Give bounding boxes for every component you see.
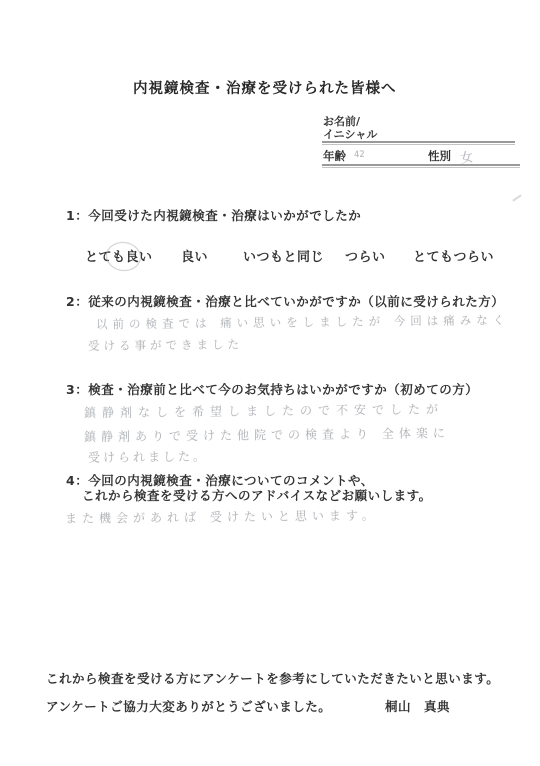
footer-note: これから検査を受ける方にアンケートを参考にしていただきたいと思います。 <box>46 669 499 687</box>
q4-handwritten-line-1: また機会があれば 受けたいと思います。 <box>65 506 379 526</box>
q3-handwritten-line-2: 鎮静剤ありで受けた他院での検査より 全体楽に <box>84 424 450 445</box>
age-gender-underline-shadow <box>322 167 520 168</box>
name-underline <box>322 141 515 143</box>
question-1-label: 1：今回受けた内視鏡検査・治療はいかがでしたか <box>66 206 361 224</box>
thanks-note: アンケートご協力大変ありがとうございました。 <box>46 697 331 715</box>
q1-option-good: 良い <box>181 246 208 265</box>
q1-option-hard: つらい <box>345 246 386 265</box>
page-title: 内視鏡検査・治療を受けられた皆様へ <box>133 77 397 98</box>
gender-label: 性別 <box>428 148 451 164</box>
age-gender-underline <box>322 164 520 166</box>
scanned-questionnaire-page: 内視鏡検査・治療を受けられた皆様へ お名前/ イニシャル 年齢 42 性別 女 … <box>0 0 540 766</box>
selected-option-circle-mark <box>104 240 142 273</box>
q2-handwritten-line-1: 以前の検査では 痛い思いをしましたが 今回は痛みなく <box>96 312 509 332</box>
name-underline-shadow <box>322 144 515 145</box>
name-label-line2: イニシャル <box>323 126 377 142</box>
doctor-signature: 桐山 真典 <box>385 697 450 715</box>
q1-option-very-hard: とてもつらい <box>413 246 494 265</box>
q3-handwritten-line-3: 受けられました。 <box>88 447 208 465</box>
age-label: 年齢 <box>323 148 346 164</box>
question-2-label: 2：従来の内視鏡検査・治療と比べていかがですか（以前に受けられた方） <box>66 292 504 310</box>
question-4-label-line2: これから検査を受ける方へのアドバイスなどお願いします。 <box>82 486 432 504</box>
q3-handwritten-line-1: 鎮静剤なしを希望しましたので不安でしたが <box>84 400 444 421</box>
question-3-label: 3：検査・治療前と比べて今のお気持ちはいかがですか（初めての方） <box>66 380 478 398</box>
q2-handwritten-line-2: 受ける事ができました <box>88 336 243 354</box>
q1-option-same-as-usual: いつもと同じ <box>243 246 324 265</box>
age-value-handwritten: 42 <box>354 150 365 161</box>
scan-artifact <box>512 194 521 201</box>
